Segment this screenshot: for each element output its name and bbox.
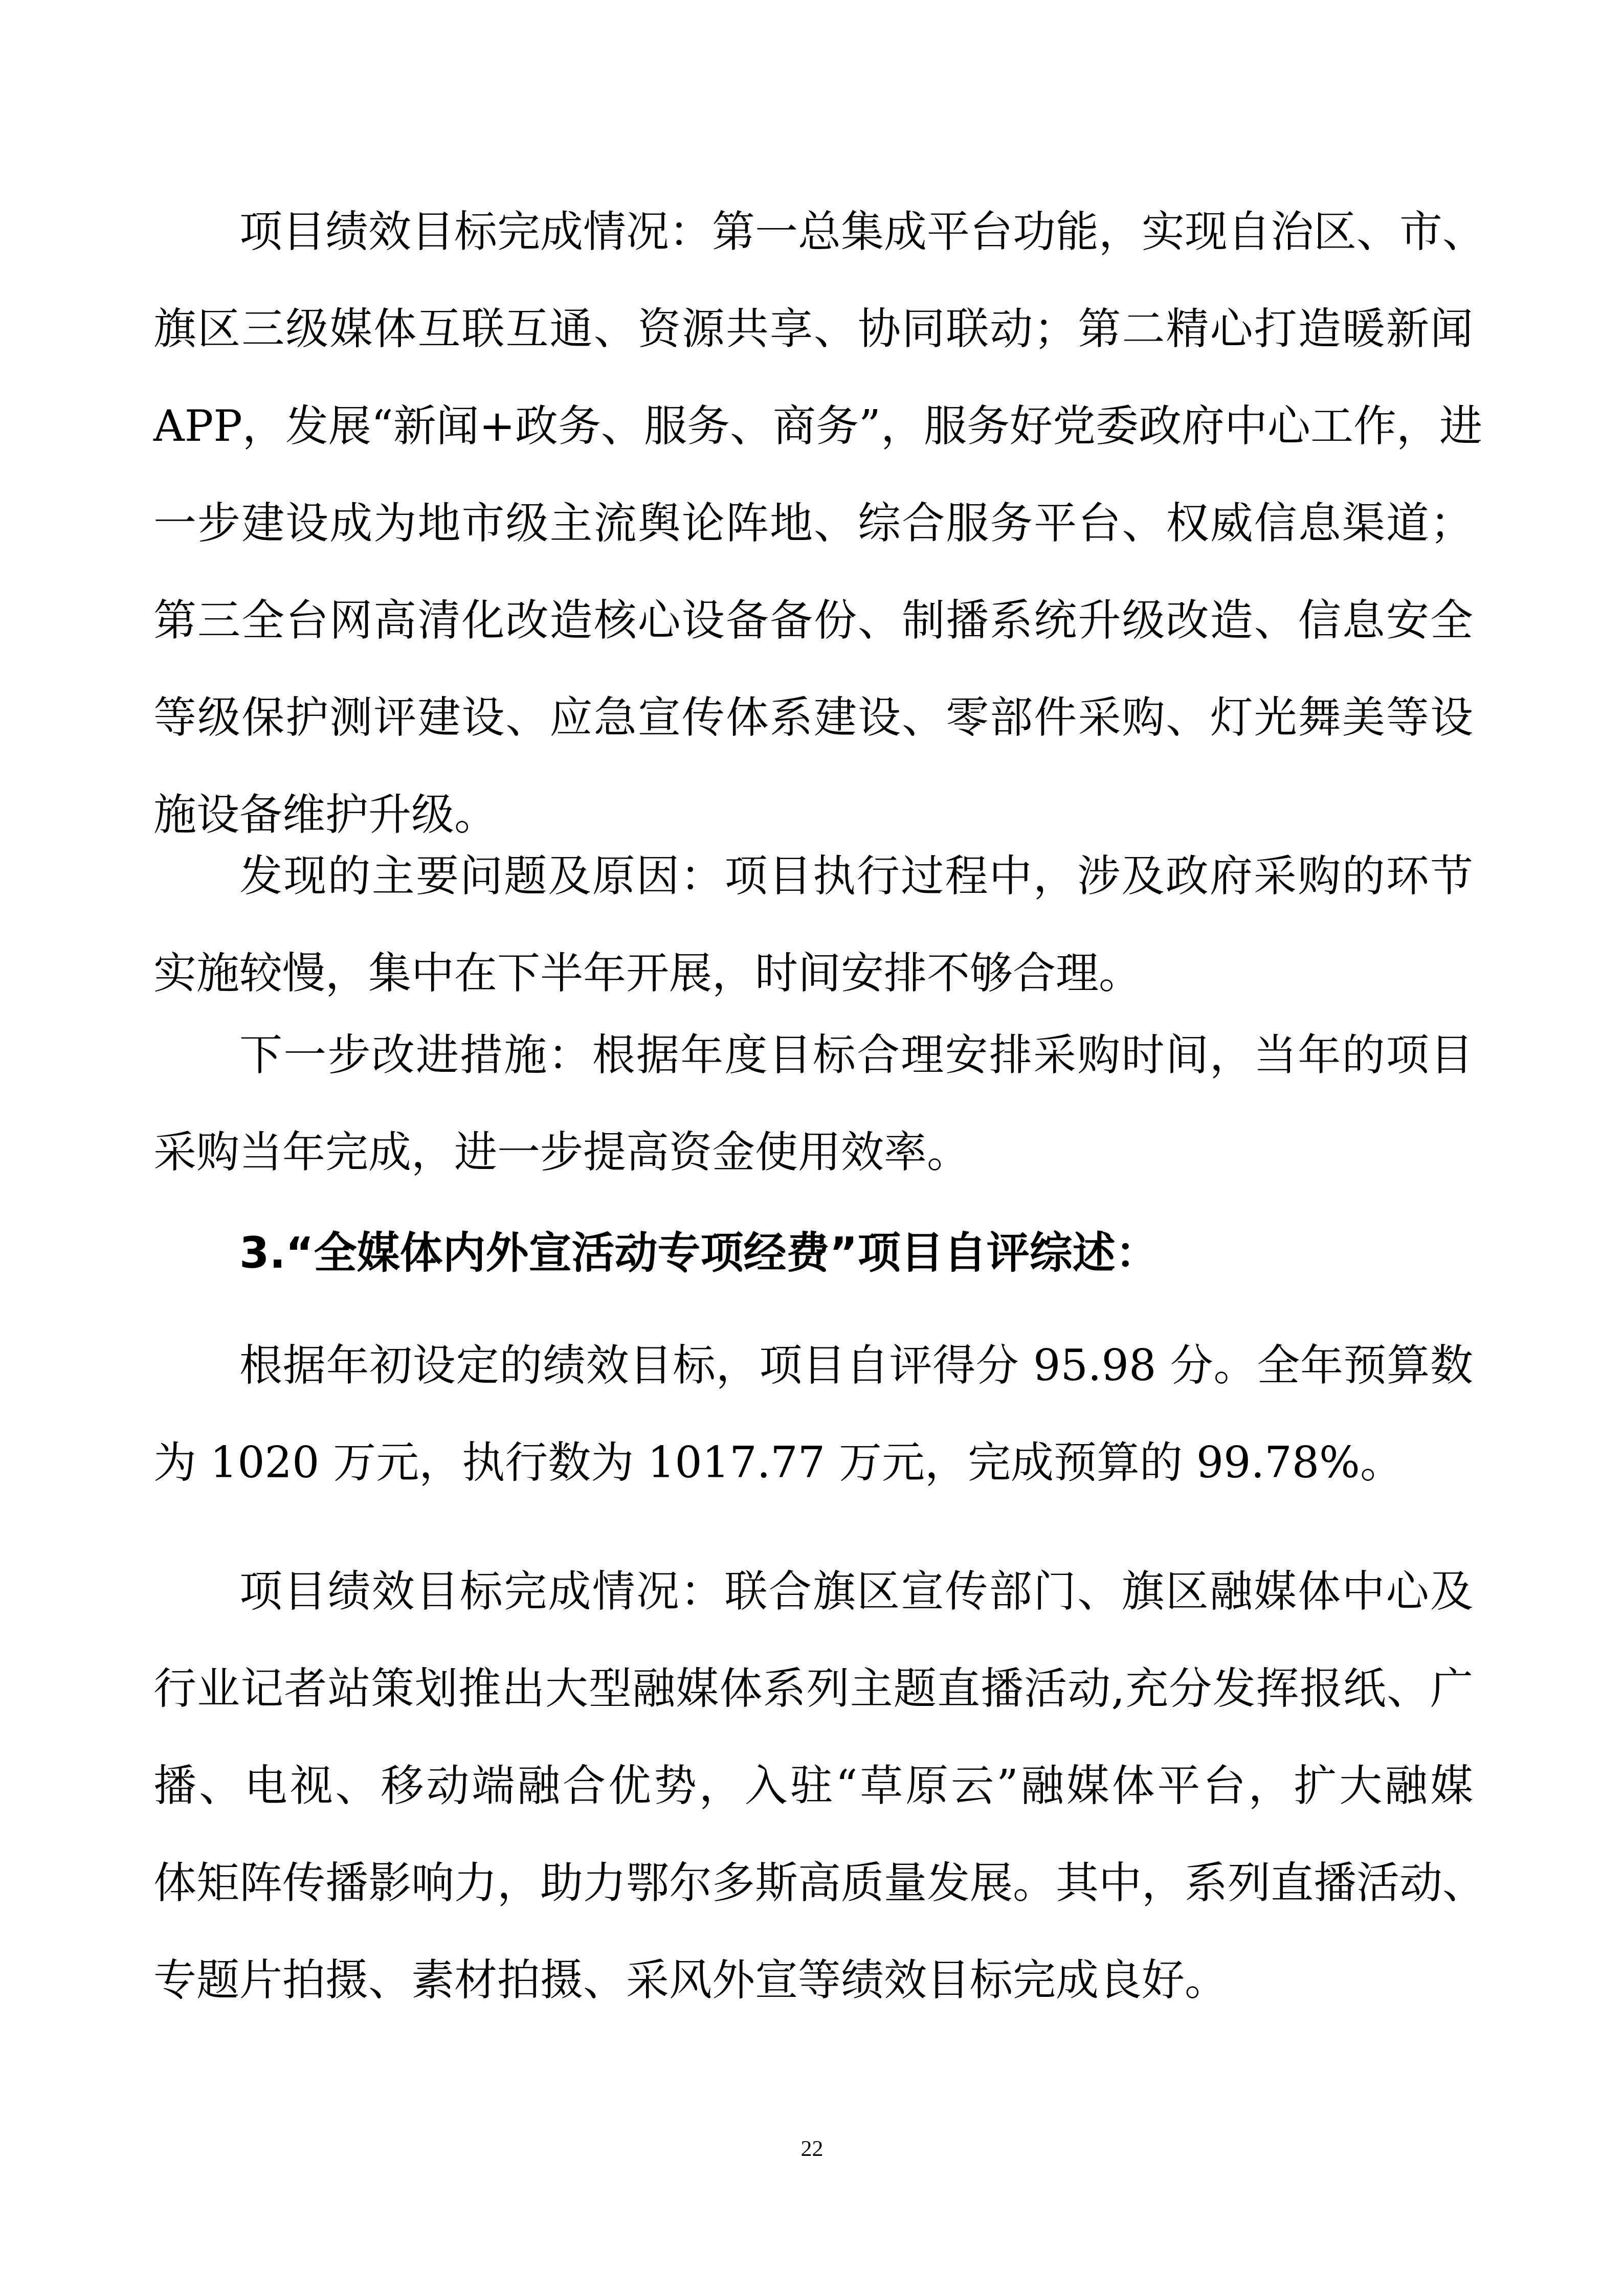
text-line: 下一步改进措施：根据年度目标合理安排采购时间，当年的项目 — [239, 1024, 1473, 1086]
text-line: 发现的主要问题及原因：项目执行过程中，涉及政府采购的环节 — [239, 845, 1473, 907]
text-line: 一步建设成为地市级主流舆论阵地、综合服务平台、权威信息渠道； — [153, 492, 1473, 554]
text-line: APP，发展“新闻+政务、服务、商务”，服务好党委政府中心工作，进 — [153, 395, 1473, 457]
text-line: 根据年初设定的绩效目标，项目自评得分 95.98 分。全年预算数 — [239, 1335, 1473, 1396]
text-line: 采购当年完成，进一步提高资金使用效率。 — [153, 1121, 1473, 1183]
section-title: 3.“全媒体内外宣活动专项经费”项目自评综述： — [239, 1222, 1473, 1284]
text-line: 专题片拍摄、素材拍摄、采风外宣等绩效目标完成良好。 — [153, 1949, 1473, 2011]
text-line: 等级保护测评建设、应急宣传体系建设、零部件采购、灯光舞美等设 — [153, 687, 1473, 748]
text-line: 第三全台网高清化改造核心设备备份、制播系统升级改造、信息安全 — [153, 590, 1473, 651]
page-number: 22 — [0, 2133, 1624, 2164]
text-line: 实施较慢，集中在下半年开展，时间安排不够合理。 — [153, 942, 1473, 1004]
text-line: 体矩阵传播影响力，助力鄂尔多斯高质量发展。其中，系列直播活动、 — [153, 1852, 1473, 1914]
text-line: 播、电视、移动端融合优势，入驻“草原云”融媒体平台，扩大融媒 — [153, 1755, 1473, 1816]
text-line: 为 1020 万元，执行数为 1017.77 万元，完成预算的 99.78%。 — [153, 1432, 1473, 1493]
text-line: 项目绩效目标完成情况：第一总集成平台功能，实现自治区、市、 — [239, 201, 1473, 262]
text-line: 项目绩效目标完成情况：联合旗区宣传部门、旗区融媒体中心及 — [239, 1561, 1473, 1622]
text-line: 旗区三级媒体互联互通、资源共享、协同联动；第二精心打造暖新闻 — [153, 298, 1473, 359]
text-line: 施设备维护升级。 — [153, 784, 1473, 845]
text-line: 行业记者站策划推出大型融媒体系列主题直播活动,充分发挥报纸、广 — [153, 1658, 1473, 1719]
